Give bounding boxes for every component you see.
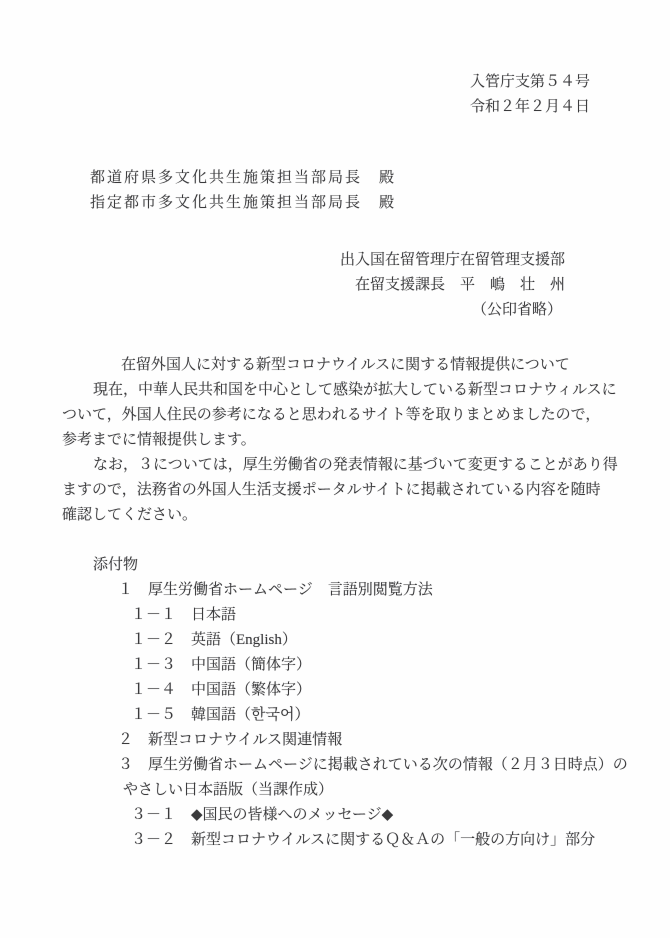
body-line: 確認してください。 (62, 503, 607, 528)
addressee-designated-cities: 指定都市多文化共生施策担当部局長 殿 (90, 191, 396, 216)
attachment-item-3-continuation: やさしい日本語版（当課作成） (123, 778, 622, 803)
attachment-item-3-2: ３－２ 新型コロナウイルスに関するＱ＆Ａの「一般の方向け」部分 (131, 828, 622, 853)
doc-date: 令和２年２月４日 (470, 95, 590, 120)
attachments-heading: 添付物 (93, 553, 622, 578)
attachment-item-1-2: １－２ 英語（English） (131, 628, 622, 653)
attachment-item-1-1: １－１ 日本語 (131, 603, 622, 628)
body-line: ますので，法務省の外国人生活支援ポータルサイトに掲載されている内容を随時 (62, 478, 607, 503)
subject-title: 在留外国人に対する新型コロナウイルスに関する情報提供について (121, 353, 570, 378)
seal-omitted-note: （公印省略） (472, 298, 565, 323)
letter-body: 現在，中華人民共和国を中心として感染が拡大している新型コロナウィルスに ついて，… (62, 378, 607, 528)
doc-number: 入管庁支第５４号 (470, 70, 590, 95)
attachment-item-1-3: １－３ 中国語（簡体字） (131, 653, 622, 678)
sender-block: 出入国在留管理庁在留管理支援部 在留支援課長 平 嶋 壮 州 （公印省略） (340, 248, 565, 323)
attachment-item-3-1: ３－１ ◆国民の皆様へのメッセージ◆ (131, 803, 622, 828)
attachment-item-1: １ 厚生労働省ホームページ 言語別閲覧方法 (118, 578, 622, 603)
addressee-block: 都道府県多文化共生施策担当部局長 殿 指定都市多文化共生施策担当部局長 殿 (90, 166, 396, 216)
attachments-list: 添付物 １ 厚生労働省ホームページ 言語別閲覧方法 １－１ 日本語 １－２ 英語… (62, 553, 622, 853)
body-line: なお，３については，厚生労働省の発表情報に基づいて変更することがあり得 (62, 453, 607, 478)
attachment-item-1-5: １－５ 韓国語（한국어） (131, 703, 622, 728)
scanned-letter-page: 入管庁支第５４号 令和２年２月４日 都道府県多文化共生施策担当部局長 殿 指定都… (0, 0, 670, 938)
sender-department: 出入国在留管理庁在留管理支援部 (340, 248, 565, 273)
doc-meta-block: 入管庁支第５４号 令和２年２月４日 (470, 70, 590, 120)
body-line: 参考までに情報提供します。 (62, 428, 607, 453)
attachment-item-1-4: １－４ 中国語（繁体字） (131, 678, 622, 703)
sender-title-and-name: 在留支援課長 平 嶋 壮 州 (355, 273, 565, 298)
subject-title-text: 在留外国人に対する新型コロナウイルスに関する情報提供について (121, 353, 570, 378)
addressee-prefectures: 都道府県多文化共生施策担当部局長 殿 (90, 166, 396, 191)
attachment-item-3: ３ 厚生労働省ホームページに掲載されている次の情報（２月３日時点）の (118, 753, 622, 778)
body-line: ついて，外国人住民の参考になると思われるサイト等を取りまとめましたので， (62, 403, 607, 428)
attachment-item-2: ２ 新型コロナウイルス関連情報 (118, 728, 622, 753)
body-line: 現在，中華人民共和国を中心として感染が拡大している新型コロナウィルスに (62, 378, 607, 403)
